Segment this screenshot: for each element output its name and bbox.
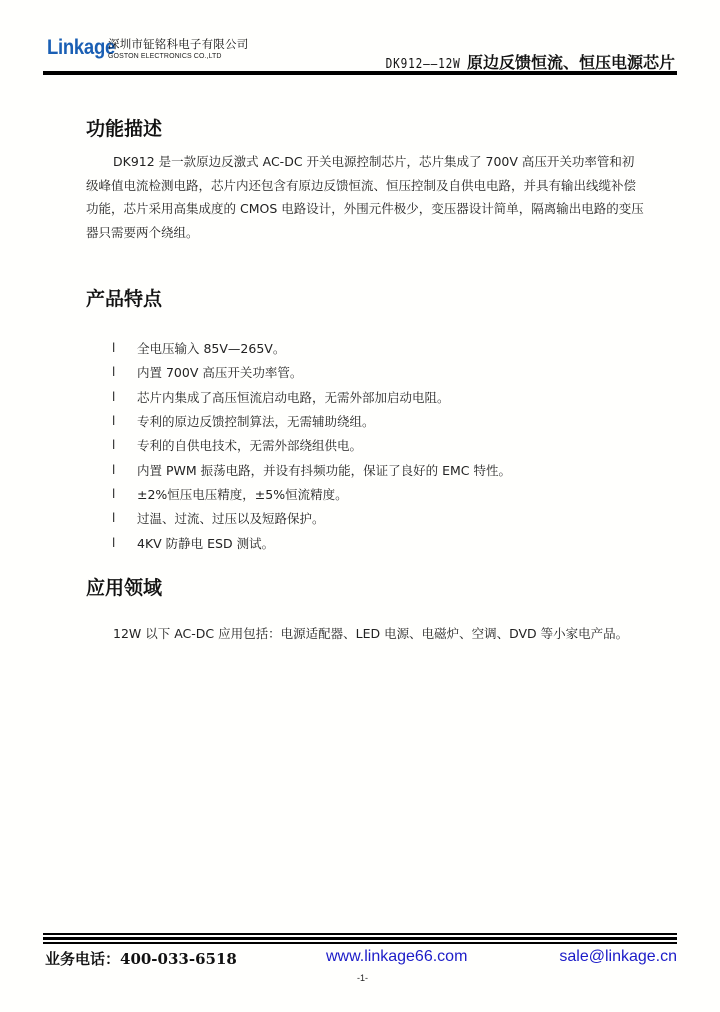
list-item: l专利的原边反馈控制算法，无需辅助绕组。 <box>112 409 652 433</box>
list-item: l专利的自供电技术，无需外部绕组供电。 <box>112 433 652 457</box>
bullet-icon: l <box>112 487 137 501</box>
section-heading-applications: 应用领域 <box>86 573 162 600</box>
list-item: l±2%恒压电压精度，±5%恒流精度。 <box>112 482 652 506</box>
document-title-desc: 原边反馈恒流、恒压电源芯片 <box>467 53 675 72</box>
applications-description: 12W 以下 AC-DC 应用包括：电源适配器、LED 电源、电磁炉、空调、DV… <box>86 622 646 646</box>
page-number: -1- <box>357 973 368 983</box>
bullet-icon: l <box>112 511 137 525</box>
company-logo: Linkage <box>47 36 115 60</box>
footer-divider-bottom <box>43 942 677 944</box>
email-link[interactable]: sale@linkage.cn <box>559 948 677 966</box>
list-item: l芯片内集成了高压恒流启动电路，无需外部加启动电阻。 <box>112 385 652 409</box>
company-name-en: GOSTON ELECTRONICS CO.,LTD <box>108 53 222 60</box>
bullet-icon: l <box>112 414 137 428</box>
section-heading-function: 功能描述 <box>86 114 162 141</box>
bullet-icon: l <box>112 463 137 477</box>
list-item: l内置 700V 高压开关功率管。 <box>112 360 652 384</box>
sales-phone: 业务电话：400-033-6518 <box>45 948 237 969</box>
bullet-icon: l <box>112 536 137 550</box>
document-title: DK912——12W原边反馈恒流、恒压电源芯片 <box>379 50 675 73</box>
list-item: l全电压输入 85V—265V。 <box>112 336 652 360</box>
bullet-icon: l <box>112 438 137 452</box>
list-item: l过温、过流、过压以及短路保护。 <box>112 506 652 530</box>
function-description: DK912 是一款原边反激式 AC-DC 开关电源控制芯片，芯片集成了 700V… <box>86 150 646 244</box>
footer-divider-top <box>43 933 677 935</box>
website-link[interactable]: www.linkage66.com <box>326 948 467 966</box>
document-title-code: DK912——12W <box>385 57 460 72</box>
bullet-icon: l <box>112 390 137 404</box>
list-item: l4KV 防静电 ESD 测试。 <box>112 530 652 554</box>
logo-text: Linkage <box>47 36 115 59</box>
function-paragraph: DK912 是一款原边反激式 AC-DC 开关电源控制芯片，芯片集成了 700V… <box>86 154 644 240</box>
applications-paragraph: 12W 以下 AC-DC 应用包括：电源适配器、LED 电源、电磁炉、空调、DV… <box>113 626 628 641</box>
company-name-cn: 深圳市钲铭科电子有限公司 <box>108 36 248 52</box>
section-heading-features: 产品特点 <box>86 284 162 311</box>
list-item: l内置 PWM 振荡电路，并设有抖频功能，保证了良好的 EMC 特性。 <box>112 457 652 481</box>
header-divider <box>43 71 677 75</box>
bullet-icon: l <box>112 365 137 379</box>
bullet-icon: l <box>112 341 137 355</box>
footer-divider-middle <box>43 937 677 941</box>
features-list: l全电压输入 85V—265V。 l内置 700V 高压开关功率管。 l芯片内集… <box>112 336 652 555</box>
